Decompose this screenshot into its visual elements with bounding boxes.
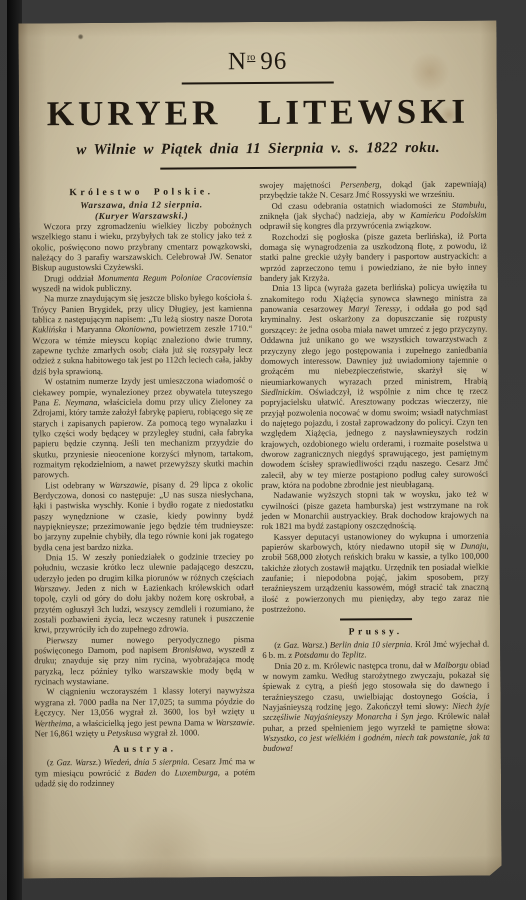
paragraph: swojey majętności Persenberg, dokąd (jak…	[259, 179, 486, 201]
paragraph: List odebrany w Warszawie, pisany d. 29 …	[33, 479, 254, 553]
section-heading: Prussy.	[262, 626, 489, 638]
paragraph: Na murze znaydującym się jeszcze blisko …	[32, 292, 253, 376]
paragraph: (z Gaz. Warsz.) Berlin dnia 10 sierpnia.…	[262, 639, 489, 661]
scan-background: Nro96 KURYER LITEWSKI w Wilnie w Piątek …	[0, 0, 526, 900]
paragraph: Dnia 15. W zeszły poniedziałek o godzini…	[34, 551, 255, 635]
paragraph: W ciągnieniu wczorayszém 1 klassy lotery…	[34, 686, 254, 739]
paragraph: Rozchodzi się pogłoska (pisze gazeta ber…	[260, 230, 487, 283]
paragraph: Nadawanie wyższych stopni tak w woysku, …	[261, 489, 488, 532]
masthead: Nro96 KURYER LITEWSKI w Wilnie w Piątek …	[18, 21, 497, 171]
paragraph: W ostatnim numerze Izydy jest umieszczon…	[33, 375, 254, 480]
newspaper-title: KURYER LITEWSKI	[31, 93, 485, 134]
left-column: Królestwo Polskie.Warszawa, dnia 12 sier…	[31, 180, 255, 830]
paragraph: Pierwszy numer nowego peryodycznego pism…	[34, 634, 254, 687]
issue-value: 96	[260, 48, 287, 75]
heading-rule	[340, 619, 412, 621]
paragraph: Dnia 13 lipca (wyraża gazeta berlińska) …	[260, 282, 488, 490]
paragraph: Od czasu odebrania ostatnich wiadomości …	[260, 199, 487, 231]
issue-superscript: ro	[247, 52, 255, 63]
paragraph: (z Gaz. Warsz.) Wiedeń, dnia 5 sierpnia.…	[35, 756, 255, 788]
section-heading: Królestwo Polskie.	[31, 186, 251, 198]
paragraph: Drugi oddział Monumenta Regum Poloniae C…	[32, 272, 252, 294]
masthead-rule-top	[182, 82, 334, 85]
right-column: swojey majętności Persenberg, dokąd (jak…	[259, 179, 490, 829]
issue-number: Nro96	[31, 48, 485, 76]
section-heading: Austrya.	[35, 743, 255, 755]
newspaper-page: Nro96 KURYER LITEWSKI w Wilnie w Piątek …	[18, 21, 501, 879]
paragraph: Kassyer deputacyi ustanowioney do wykupn…	[262, 530, 489, 614]
issue-prefix: N	[228, 48, 247, 75]
text-columns: Królestwo Polskie.Warszawa, dnia 12 sier…	[19, 168, 501, 831]
paragraph: Dnia 20 z. m. Królewic następca tronu, d…	[262, 659, 490, 753]
masthead-dateline: w Wilnie w Piątek dnia 11 Sierpnia v. s.…	[31, 139, 485, 159]
paragraph: Wczora przy zgromadzeniu wielkiey liczby…	[32, 220, 252, 273]
